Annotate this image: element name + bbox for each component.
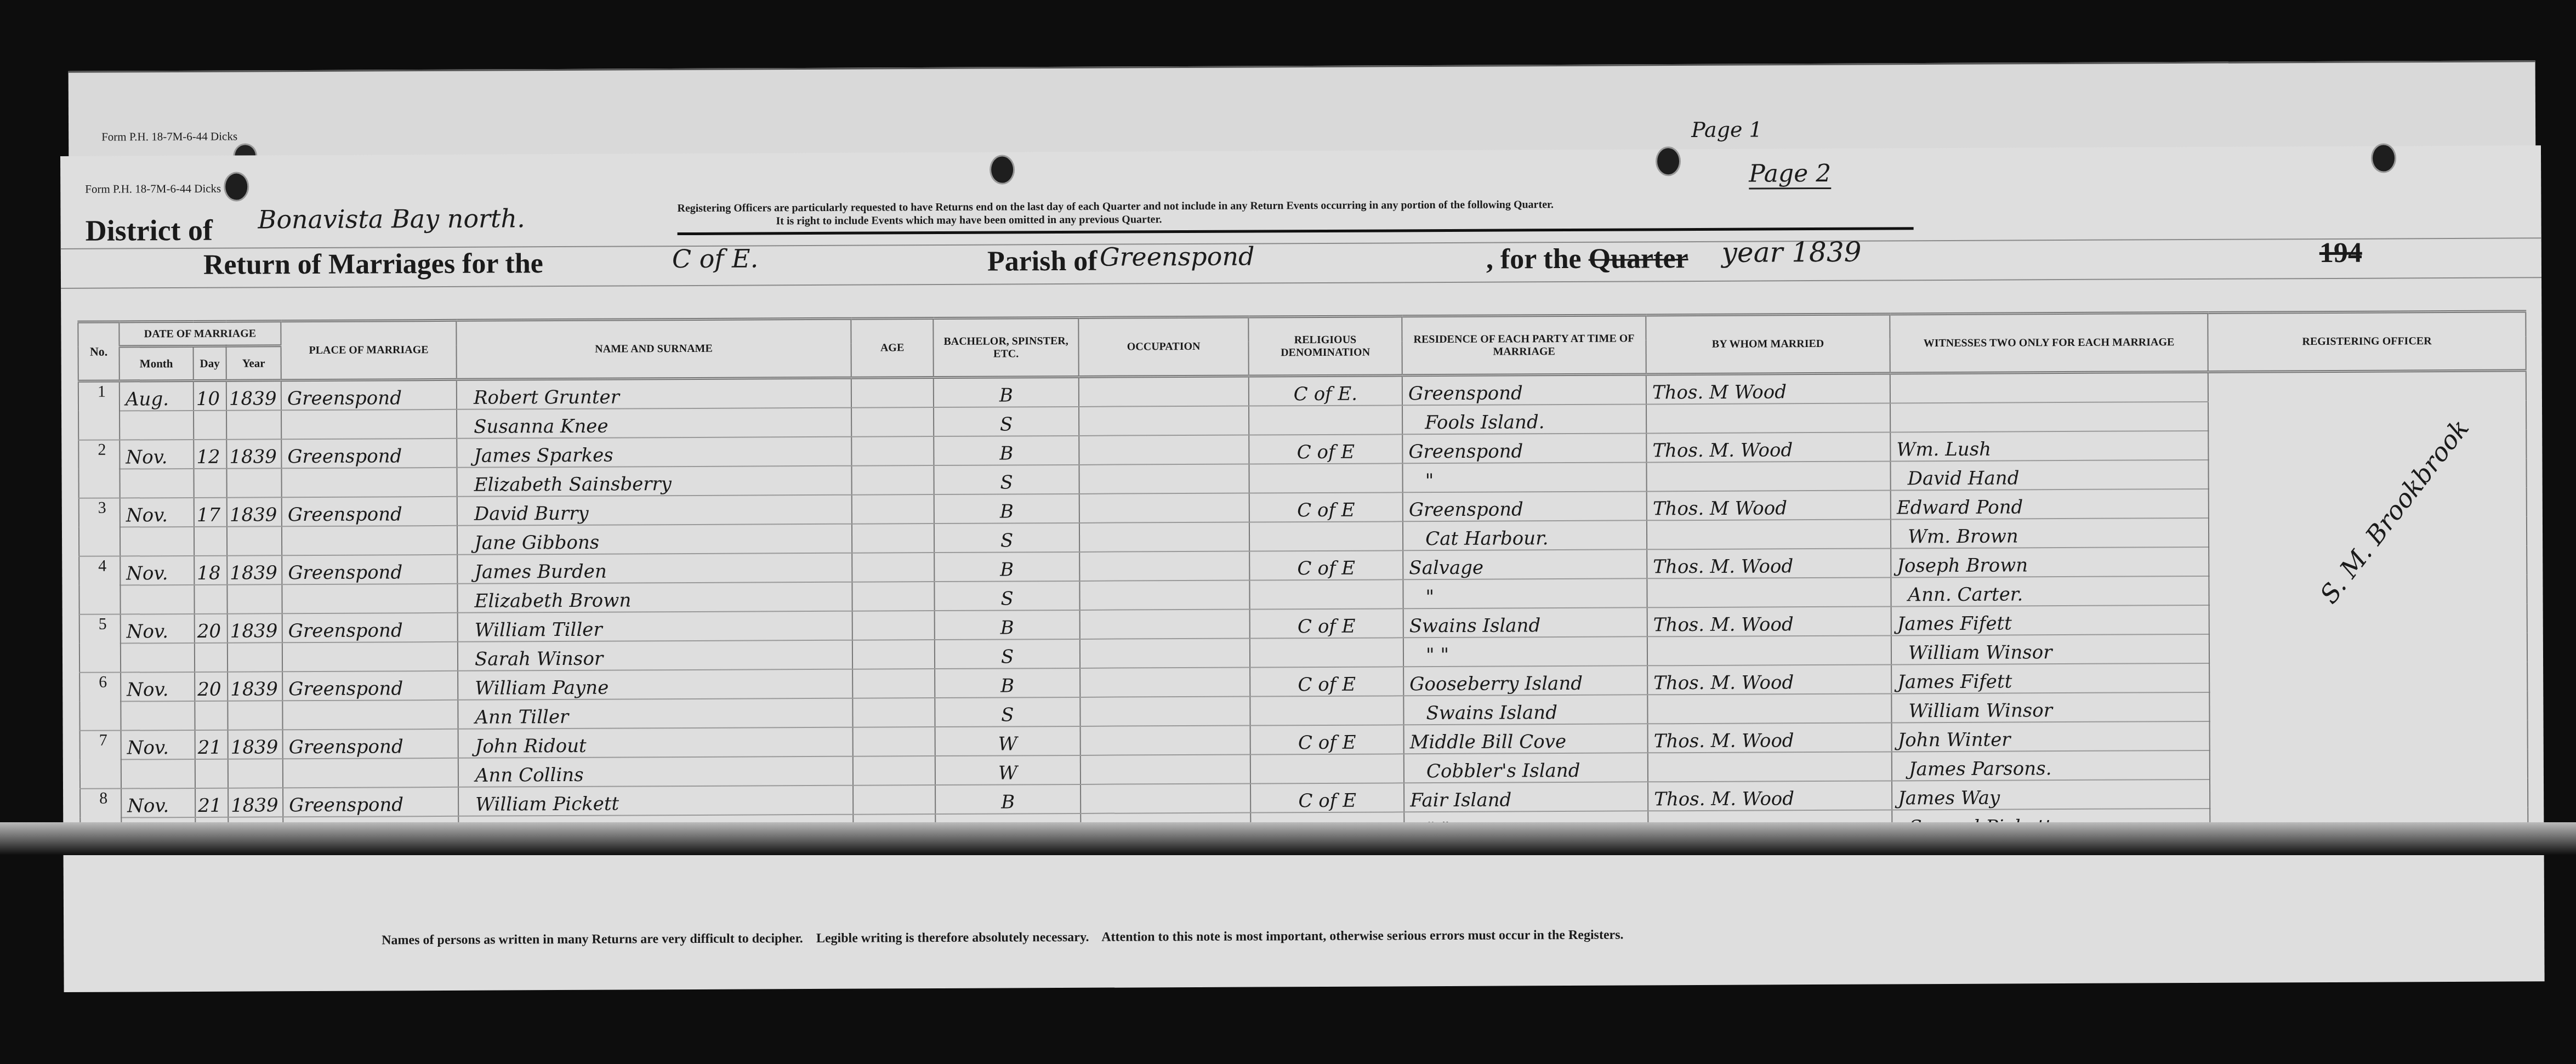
condition-cell: S [934,465,1079,494]
denomination-cell [1250,638,1403,667]
occupation-cell [1080,610,1250,639]
occupation-cell [1081,726,1250,755]
year-cell: 1839 [226,380,281,411]
record-number: 3 [79,498,120,556]
name-cell: James Sparkes [457,437,851,468]
denomination-cell [1249,521,1403,551]
month-cell [121,643,195,673]
name-cell: John Ridout [458,727,853,758]
condition-cell: W [935,726,1081,756]
residence-cell: Greenspond [1402,374,1646,405]
witness-cell: Ann. Carter. [1891,576,2209,607]
parish-value: Greenspond [1100,241,1255,271]
age-cell [851,378,934,408]
year-cell [228,759,283,788]
marriage-return-form: Form P.H. 18-7M-6-44 Dicks Page 2 Regist… [60,145,2545,992]
officiant-cell: Thos. M. Wood [1648,722,1892,753]
witness-cell [1890,402,2208,433]
name-cell: Elizabeth Brown [457,582,852,613]
year-cell: 1839 [228,730,283,759]
record-number: 2 [78,440,120,498]
place-cell: Greenspond [282,555,457,584]
col-officiant: By whom married [1646,314,1890,374]
denomination-cell [1249,405,1402,435]
witness-cell: David Hand [1890,460,2208,491]
day-cell: 21 [195,730,228,759]
condition-cell: S [935,697,1080,727]
name-cell: James Burden [457,553,852,584]
district-label: District of [85,213,213,248]
day-cell: 10 [194,380,226,411]
struck-quarter-text: Quarter [1589,243,1688,275]
officiant-cell [1647,577,1891,607]
occupation-cell [1079,464,1249,494]
age-cell [852,553,934,582]
residence-cell: Swains Island [1403,695,1647,725]
col-occupation: Occupation [1078,317,1248,377]
officiant-cell: Thos. M. Wood [1648,781,1892,811]
witness-cell: James Parsons. [1892,750,2210,781]
age-cell [851,436,934,466]
day-cell: 12 [194,440,226,469]
record-number: 6 [79,673,121,731]
place-cell [282,584,457,613]
year-cell [228,642,282,672]
denomination-cell [1250,696,1403,725]
condition-cell: B [934,436,1079,465]
year-cell: 1839 [228,613,282,642]
printed-year-struck: 194 [2319,237,2362,269]
name-cell: David Burry [457,495,852,526]
residence-cell: " [1402,462,1646,492]
condition-cell: S [935,639,1080,669]
denomination-cell: C of E. [1249,375,1402,406]
col-age: Age [851,318,933,378]
place-cell [283,758,458,788]
witness-cell: Wm. Brown [1891,518,2209,549]
officiant-cell [1648,752,1892,782]
name-cell: Robert Grunter [457,378,851,409]
form-number: Form P.H. 18-7M-6-44 Dicks [85,182,221,196]
month-cell: Nov. [121,614,195,644]
year-cell: 1839 [228,788,283,817]
residence-cell: Cobbler's Island [1404,753,1648,783]
witness-cell: Joseph Brown [1891,547,2209,578]
residence-cell: " " [1403,636,1647,667]
col-condition: Bachelor, Spinster, Etc. [933,317,1078,377]
witness-cell [1890,372,2208,403]
marriage-register-table: No. Date of Marriage Place of Marriage N… [77,310,2528,847]
month-cell: Nov. [121,672,195,702]
place-cell [281,409,457,439]
witness-cell: James Fifett [1891,663,2209,694]
col-denomination: Religious Denomination [1248,316,1402,376]
denomination-cell [1250,754,1404,783]
officiant-cell [1647,635,1891,665]
name-cell: William Pickett [458,786,853,816]
parish-label: Parish of [987,245,1097,278]
col-no: No. [78,322,119,381]
punch-hole-icon [990,155,1015,184]
name-cell: Sarah Winsor [458,640,852,671]
name-cell: Jane Gibbons [457,524,852,555]
place-cell: Greenspond [283,729,458,759]
residence-cell: Fair Island [1404,782,1648,812]
officiant-cell: Thos. M. Wood [1647,606,1891,636]
name-cell: Susanna Knee [457,408,851,439]
district-value: Bonavista Bay north. [258,203,525,234]
occupation-cell [1079,522,1249,552]
residence-cell: Cat Harbour. [1403,520,1647,550]
record-number: 5 [79,614,121,673]
back-form-number: Form P.H. 18-7M-6-44 Dicks [101,129,237,144]
year-cell: 1839 [226,439,281,468]
officiant-cell [1646,403,1890,433]
month-cell [120,469,194,498]
period-value: year 1839 [1722,236,1862,269]
name-cell: William Tiller [458,611,852,642]
witness-cell: James Way [1892,779,2210,810]
month-cell: Aug. [120,380,194,411]
officiant-cell [1647,519,1891,549]
residence-cell: Middle Bill Cove [1404,724,1648,754]
day-cell: 18 [194,556,227,585]
col-date-group: Date of Marriage [119,321,281,346]
month-cell: Nov. [121,788,195,818]
month-cell [120,411,194,440]
registration-notice: Registering Officers are particularly re… [677,196,1913,235]
residence-cell: Swains Island [1403,607,1647,638]
name-cell: William Payne [458,669,852,700]
denomination-cell: C of E [1250,667,1403,696]
col-year: Year [226,346,281,380]
place-cell: Greenspond [282,497,457,526]
month-cell: Nov. [120,498,194,527]
condition-cell: B [934,377,1079,407]
year-cell [227,526,282,555]
place-cell [282,642,458,672]
year-cell [226,468,281,497]
month-cell [121,701,195,731]
year-cell [226,410,281,439]
age-cell [852,582,934,611]
page-number: Page 2 [1749,160,1831,190]
denomination-cell: C of E [1249,550,1403,580]
day-cell: 20 [195,672,228,701]
condition-cell: B [934,494,1079,524]
day-cell [195,643,228,672]
col-residence: Residence of each party at time of marri… [1402,315,1646,375]
year-cell [228,701,282,730]
occupation-cell [1079,581,1249,610]
age-cell [853,785,935,815]
age-cell [853,756,935,786]
col-registrar: Registering Officer [2208,311,2526,372]
register-body: 1Aug.101839GreenspondRobert GrunterBC of… [78,371,2528,847]
witness-cell: Edward Pond [1891,489,2209,520]
denomination-cell: C of E [1249,434,1402,464]
denomination-value: C of E. [672,243,759,274]
year-cell [227,584,282,613]
year-cell: 1839 [227,497,282,526]
witness-cell: John Winter [1892,721,2210,752]
denomination-cell: C of E [1250,608,1403,638]
day-cell [195,701,228,730]
name-cell: Ann Collins [458,756,853,787]
occupation-cell [1079,406,1249,436]
day-cell [194,469,226,498]
age-cell [853,727,935,756]
day-cell [195,759,228,788]
place-cell: Greenspond [283,787,458,817]
day-cell [194,585,227,614]
age-cell [852,524,934,553]
condition-cell: B [935,668,1080,698]
age-cell [852,494,934,524]
occupation-cell [1079,551,1249,581]
punch-hole-icon [2371,143,2396,173]
footer-note: Names of persons as written in many Retu… [382,928,1623,948]
month-cell: Nov. [121,730,195,760]
occupation-cell [1080,639,1250,668]
month-cell [120,585,194,614]
day-cell: 17 [194,498,227,527]
officiant-cell: Thos. M. Wood [1647,664,1891,695]
month-cell [121,759,195,789]
officiant-cell: Thos. M Wood [1646,373,1890,404]
residence-cell: Greenspond [1403,491,1647,521]
witness-cell: William Winsor [1891,634,2209,665]
denomination-cell [1249,579,1403,609]
condition-cell: S [934,407,1079,436]
day-cell: 21 [195,788,228,817]
occupation-cell [1080,668,1250,697]
name-cell: Elizabeth Sainsberry [457,466,852,497]
torn-page-edge [0,822,2576,855]
witness-cell: Wm. Lush [1890,431,2208,462]
punch-hole-icon [1656,146,1681,176]
punch-hole-icon [224,172,249,201]
condition-cell: B [935,610,1080,640]
age-cell [852,640,935,669]
age-cell [852,698,935,727]
residence-cell: " [1403,578,1647,608]
col-name: Name and Surname [456,318,851,379]
place-cell: Greenspond [282,671,458,701]
place-cell [282,526,457,555]
col-witnesses: Witnesses two only for each marriage [1890,312,2208,373]
record-number: 7 [80,731,121,789]
officiant-cell [1647,693,1891,724]
age-cell [852,669,935,698]
denomination-cell: C of E [1250,725,1404,754]
witness-cell: James Fifett [1891,605,2209,636]
condition-cell: W [935,755,1081,785]
condition-cell: S [934,581,1079,611]
occupation-cell [1079,493,1249,523]
return-label: Return of Marriages for the [203,247,543,281]
year-cell: 1839 [228,672,282,701]
place-cell [282,700,458,730]
residence-cell: Gooseberry Island [1403,665,1647,696]
witness-cell: William Winsor [1891,692,2209,723]
occupation-cell [1079,376,1249,407]
place-cell [282,468,457,497]
year-cell: 1839 [227,555,282,584]
day-cell [194,411,226,440]
day-cell [194,527,227,556]
occupation-cell [1081,755,1250,784]
place-cell: Greenspond [282,613,458,642]
residence-cell: Fools Island. [1402,404,1646,434]
age-cell [852,611,935,640]
denomination-cell: C of E [1249,492,1403,522]
col-month: Month [120,346,194,381]
record-number: 1 [78,381,120,440]
registrar-cell [2208,371,2528,838]
residence-cell: Salvage [1403,549,1647,579]
place-cell: Greenspond [281,379,457,410]
day-cell: 20 [195,614,228,643]
occupation-cell [1080,697,1250,726]
name-cell: Ann Tiller [458,698,852,729]
residence-cell: Greenspond [1402,433,1646,463]
month-cell: Nov. [120,440,194,469]
officiant-cell: Thos. M. Wood [1647,548,1891,578]
quarter-label: , for the Quarter [1486,242,1688,276]
record-number: 4 [79,556,120,614]
place-cell: Greenspond [281,439,457,468]
col-day: Day [194,346,226,380]
age-cell [851,407,934,437]
back-page-note: Page 1 [1691,117,1762,142]
condition-cell: B [935,784,1081,814]
month-cell [120,527,194,556]
col-place: Place of Marriage [281,320,456,380]
denomination-cell [1249,463,1402,493]
officiant-cell: Thos. M. Wood [1646,432,1890,462]
condition-cell: S [934,523,1079,553]
officiant-cell [1646,461,1890,491]
officiant-cell: Thos. M Wood [1647,490,1891,520]
occupation-cell [1081,784,1250,813]
occupation-cell [1079,435,1249,465]
denomination-cell: C of E [1250,783,1404,812]
age-cell [851,465,934,495]
condition-cell: B [934,552,1079,582]
month-cell: Nov. [120,556,194,585]
